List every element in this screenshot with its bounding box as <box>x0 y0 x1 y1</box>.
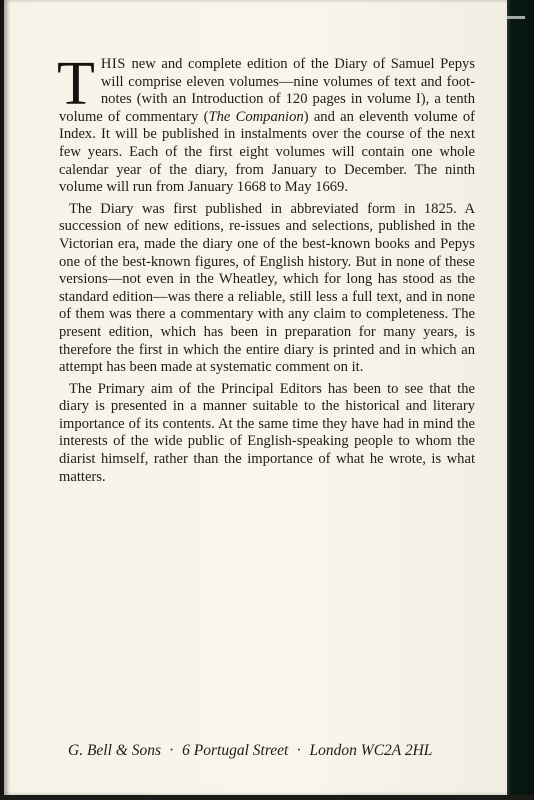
blurb-text: THIS new and complete edition of the Dia… <box>59 56 475 490</box>
separator-dot: · <box>169 742 174 759</box>
book-bottom-edge <box>0 795 534 800</box>
book-jacket-page: THIS new and complete edition of the Dia… <box>4 0 507 795</box>
separator-dot: · <box>296 742 301 759</box>
drop-cap: T <box>57 59 95 108</box>
publisher-street: 6 Portugal Street <box>182 742 288 759</box>
paragraph-2: The Diary was first published in abbrevi… <box>59 201 475 377</box>
paragraph-3: The Primary aim of the Principal Editors… <box>59 381 475 487</box>
publisher-imprint: G. Bell & Sons·6 Portugal Street·London … <box>68 742 488 760</box>
lead-caps: HIS <box>101 56 126 72</box>
publisher-name: G. Bell & Sons <box>68 742 161 759</box>
publisher-city: London WC2A 2HL <box>310 742 433 759</box>
companion-title: The Companion <box>208 109 303 125</box>
cover-wear-mark <box>507 16 525 19</box>
paragraph-1: THIS new and complete edition of the Dia… <box>59 56 475 197</box>
book-cover-edge <box>507 0 534 800</box>
